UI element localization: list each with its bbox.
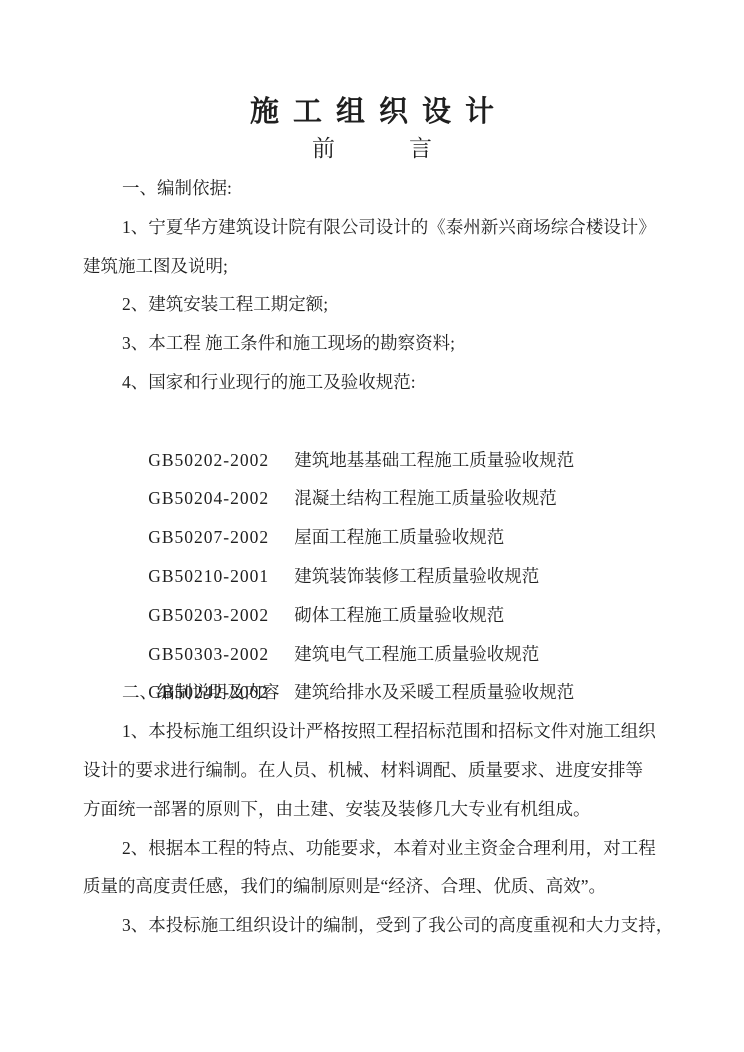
- paragraph-line: 3、本投标施工组织设计的编制，受到了我公司的高度重视和大力支持，: [83, 906, 668, 945]
- paragraph-line: 4、国家和行业现行的施工及验收规范:: [83, 363, 668, 402]
- standard-name: 建筑电气工程施工质量验收规范: [294, 644, 539, 664]
- paragraph-line: 2、建筑安装工程工期定额;: [83, 285, 668, 324]
- standard-name: 建筑给排水及采暖工程质量验收规范: [294, 682, 574, 702]
- paragraph-line: 设计的要求进行编制。在人员、机械、材料调配、质量要求、进度安排等: [83, 751, 668, 790]
- section-heading: 一、编制依据:: [83, 169, 668, 208]
- standard-name: 屋面工程施工质量验收规范: [294, 527, 504, 547]
- standard-code: GB50203-2002: [148, 596, 294, 635]
- standard-code: GB50210-2001: [148, 557, 294, 596]
- document-page: 施工组织设计 前 言 一、编制依据: 1、宁夏华方建筑设计院有限公司设计的《泰州…: [0, 0, 744, 1052]
- standard-code: GB50202-2002: [148, 441, 294, 480]
- paragraph-line: 2、根据本工程的特点、功能要求，本着对业主资金合理利用，对工程: [83, 829, 668, 868]
- paragraph-line: 方面统一部署的原则下，由土建、安装及装修几大专业有机组成。: [83, 790, 668, 829]
- standard-name: 建筑装饰装修工程质量验收规范: [294, 566, 539, 586]
- standard-name: 建筑地基基础工程施工质量验收规范: [294, 450, 574, 470]
- preface-char-right: 言: [409, 130, 432, 163]
- document-body: 一、编制依据: 1、宁夏华方建筑设计院有限公司设计的《泰州新兴商场综合楼设计》 …: [83, 169, 668, 945]
- document-title: 施工组织设计: [0, 89, 744, 130]
- standard-code: GB50207-2002: [148, 518, 294, 557]
- paragraph-line: 3、本工程 施工条件和施工现场的勘察资料;: [83, 324, 668, 363]
- standard-name: 混凝土结构工程施工质量验收规范: [294, 488, 557, 508]
- preface-char-left: 前: [312, 130, 335, 163]
- standard-code: GB50303-2002: [148, 635, 294, 674]
- standard-name: 砌体工程施工质量验收规范: [294, 605, 504, 625]
- standard-row: GB50202-2002建筑地基基础工程施工质量验收规范: [83, 402, 668, 441]
- paragraph-line: 1、宁夏华方建筑设计院有限公司设计的《泰州新兴商场综合楼设计》: [83, 208, 668, 247]
- preface-heading: 前 言: [0, 130, 744, 163]
- paragraph-line: 建筑施工图及说明;: [83, 247, 668, 286]
- standard-code: GB50204-2002: [148, 479, 294, 518]
- paragraph-line: 质量的高度责任感，我们的编制原则是“经济、合理、优质、高效”。: [83, 867, 668, 906]
- paragraph-line: 1、本投标施工组织设计严格按照工程招标范围和招标文件对施工组织: [83, 712, 668, 751]
